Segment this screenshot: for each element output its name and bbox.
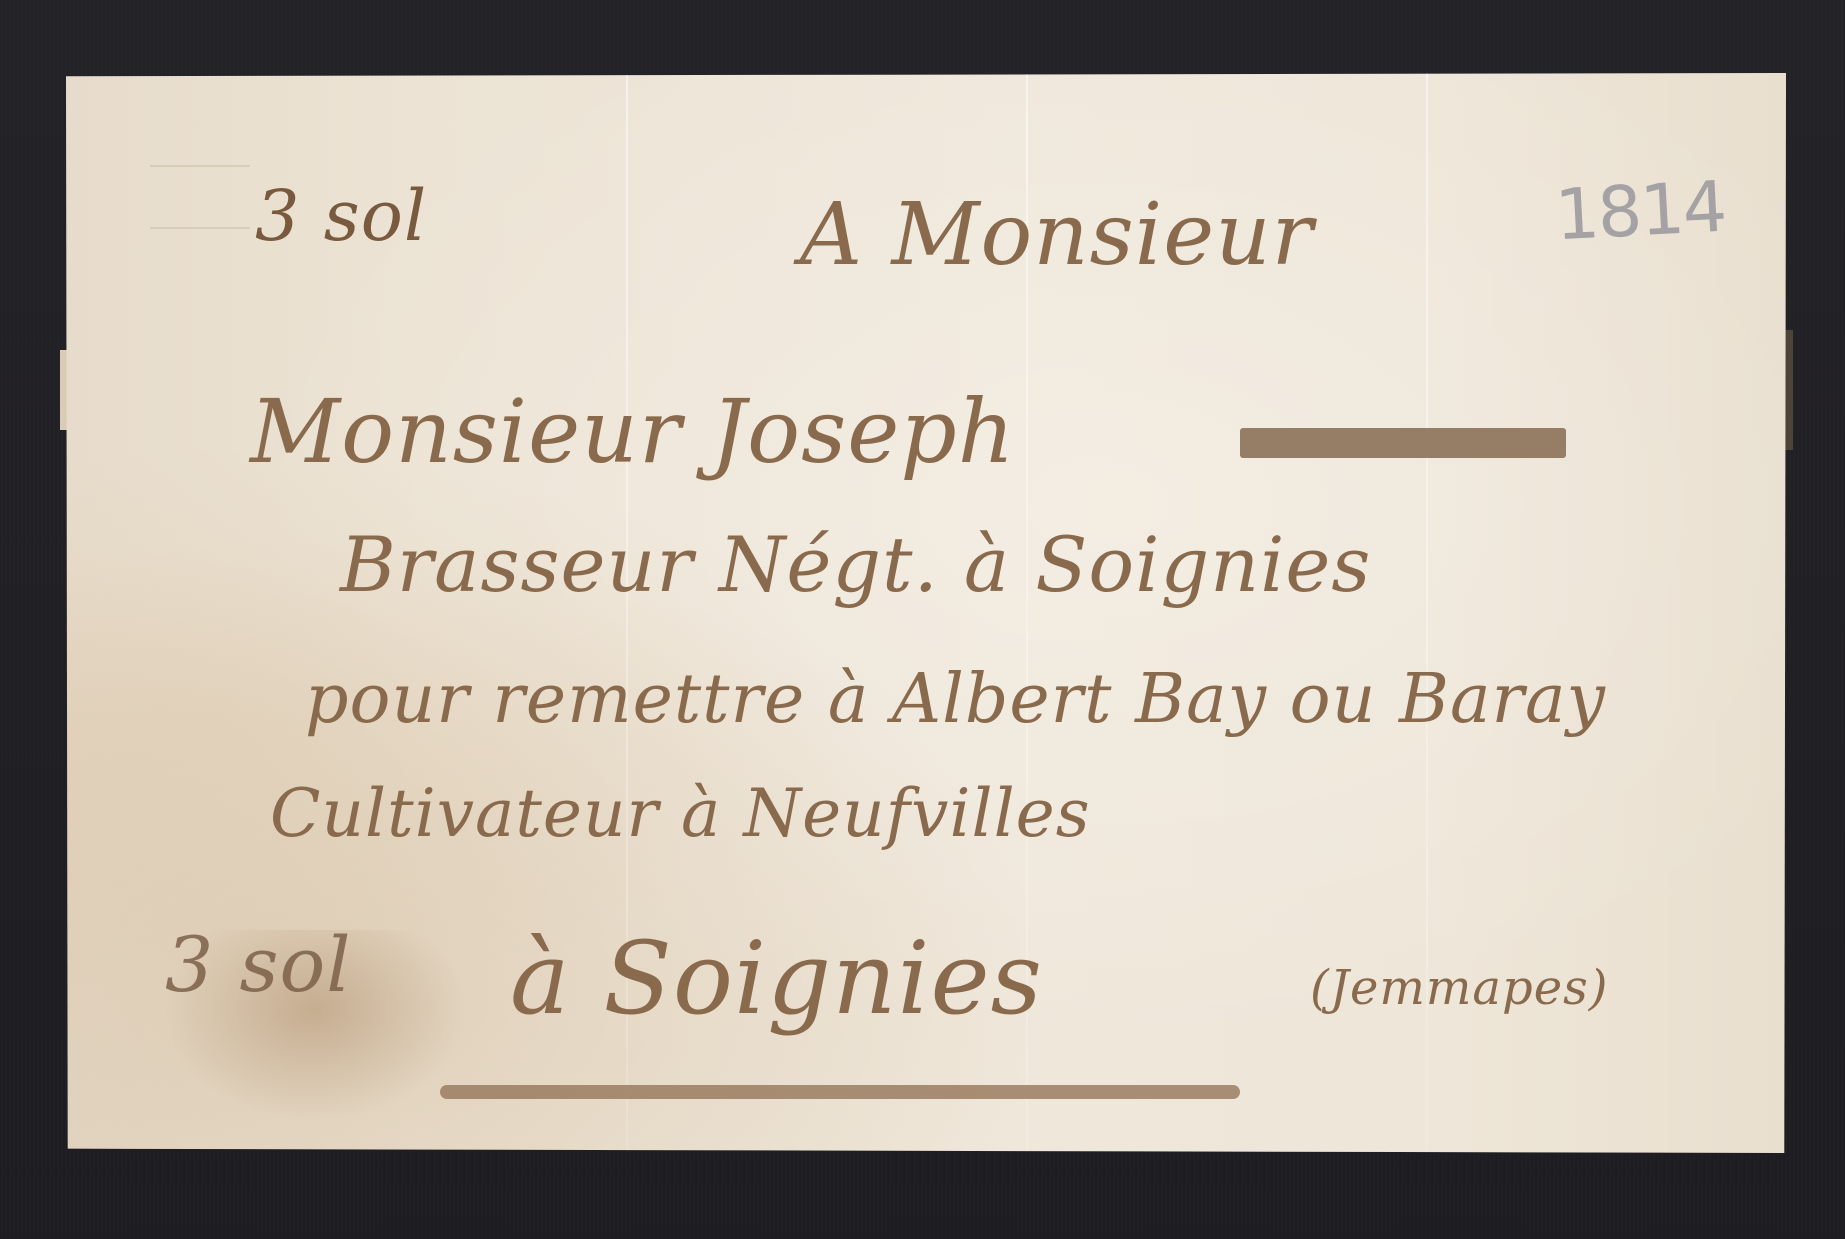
faint-postal-stamp — [150, 165, 250, 229]
address-occupation: Brasseur Négt. à Soignies — [340, 520, 1371, 609]
address-recipient: Monsieur Joseph — [250, 380, 1015, 483]
address-underline — [440, 1085, 1240, 1099]
folded-edge-right — [1785, 330, 1793, 450]
struck-through-text — [1240, 428, 1566, 458]
address-forward-occupation: Cultivateur à Neufvilles — [270, 775, 1091, 852]
address-forward-to: pour remettre à Albert Bay ou Baray — [305, 660, 1606, 739]
address-salutation: A Monsieur — [800, 185, 1314, 285]
pencil-year-note: 1814 — [1553, 166, 1727, 257]
postage-rate-bottom: 3 sol — [165, 920, 352, 1009]
address-department: (Jemmapes) — [1310, 960, 1609, 1016]
postage-rate-top: 3 sol — [255, 175, 427, 257]
address-destination: à Soignies — [510, 920, 1043, 1037]
